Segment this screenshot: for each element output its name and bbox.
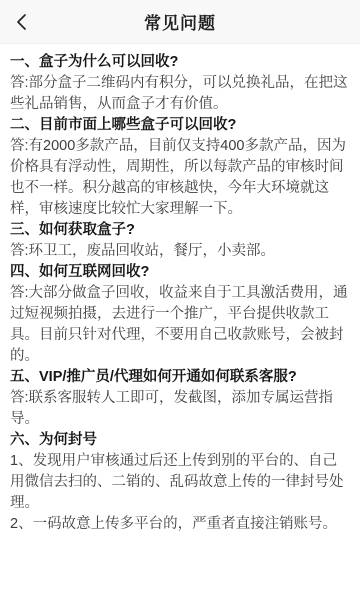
faq-answer: 答:部分盒子二维码内有积分，可以兑换礼品，在把这些礼品销售，从而盒子才有价值。 (10, 73, 350, 115)
faq-question: 三、如何获取盒子? (10, 220, 350, 241)
faq-content: 一、盒子为什么可以回收? 答:部分盒子二维码内有积分，可以兑换礼品，在把这些礼品… (0, 44, 360, 600)
faq-section: 一、盒子为什么可以回收? 答:部分盒子二维码内有积分，可以兑换礼品，在把这些礼品… (10, 52, 350, 115)
chevron-left-icon (13, 12, 31, 32)
faq-question: 六、为何封号 (10, 430, 350, 451)
faq-section: 五、VIP/推广员/代理如何开通如何联系客服? 答:联系客服转人工即可，发截图，… (10, 367, 350, 430)
faq-answer: 答:环卫工，废品回收站，餐厅，小卖部。 (10, 241, 350, 262)
faq-answer: 答:联系客服转人工即可，发截图，添加专属运营指导。 (10, 388, 350, 430)
faq-section: 六、为何封号 1、发现用户审核通过后还上传到别的平台的、自己用微信去扫的、二销的… (10, 430, 350, 535)
faq-section: 二、目前市面上哪些盒子可以回收? 答:有2000多款产品，目前仅支持400多款产… (10, 115, 350, 220)
faq-list: 一、盒子为什么可以回收? 答:部分盒子二维码内有积分，可以兑换礼品，在把这些礼品… (10, 52, 350, 535)
faq-question: 四、如何互联网回收? (10, 262, 350, 283)
faq-question: 二、目前市面上哪些盒子可以回收? (10, 115, 350, 136)
faq-screen: 常见问题 一、盒子为什么可以回收? 答:部分盒子二维码内有积分，可以兑换礼品，在… (0, 0, 360, 600)
navbar: 常见问题 (0, 0, 360, 44)
faq-answer: 答:有2000多款产品，目前仅支持400多款产品，因为价格具有浮动性，周期性，所… (10, 136, 350, 220)
faq-question: 五、VIP/推广员/代理如何开通如何联系客服? (10, 367, 350, 388)
faq-answer: 1、发现用户审核通过后还上传到别的平台的、自己用微信去扫的、二销的、乱码故意上传… (10, 451, 350, 514)
faq-answer: 答:大部分做盒子回收，收益来自于工具激活费用，通过短视频拍摄，去进行一个推广，平… (10, 283, 350, 367)
faq-section: 三、如何获取盒子? 答:环卫工，废品回收站，餐厅，小卖部。 (10, 220, 350, 262)
faq-section: 四、如何互联网回收? 答:大部分做盒子回收，收益来自于工具激活费用，通过短视频拍… (10, 262, 350, 367)
faq-question: 一、盒子为什么可以回收? (10, 52, 350, 73)
faq-answer: 2、一码故意上传多平台的，严重者直接注销账号。 (10, 514, 350, 535)
page-title: 常见问题 (144, 9, 216, 34)
back-button[interactable] (4, 0, 40, 44)
